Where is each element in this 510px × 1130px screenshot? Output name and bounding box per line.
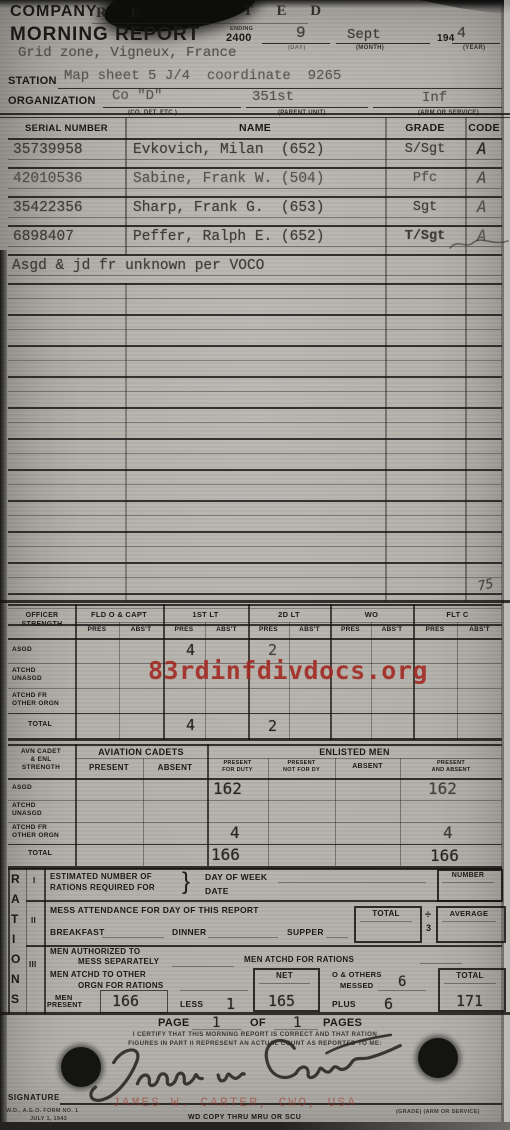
officer-stub2: STRENGTH bbox=[10, 621, 74, 628]
officer-row-atchdfr2: OTHER ORGN bbox=[12, 700, 59, 707]
roster-empty-row bbox=[8, 533, 502, 564]
rations-letter: R bbox=[11, 872, 20, 886]
rations-letter: S bbox=[11, 992, 19, 1006]
plus-value: 6 bbox=[384, 995, 393, 1013]
men-atchd-rations-label: MEN ATCHD FOR RATIONS bbox=[244, 955, 354, 964]
rations-est-line2: RATIONS REQUIRED FOR bbox=[50, 883, 155, 892]
average-box-label: AVERAGE bbox=[436, 909, 502, 918]
organization-label: ORGANIZATION bbox=[8, 95, 96, 107]
rations-letter: T bbox=[11, 912, 19, 926]
pres-abst-header: PRES bbox=[330, 626, 371, 633]
pres-abst-header: PRES bbox=[248, 626, 289, 633]
rule bbox=[8, 800, 502, 801]
supper-label: SUPPER bbox=[287, 927, 324, 937]
form-date: JULY 1, 1943 bbox=[30, 1116, 67, 1122]
rule bbox=[262, 43, 330, 44]
rule bbox=[8, 868, 502, 870]
enlisted-row-atchd: ATCHD bbox=[12, 802, 36, 809]
name-cell: Sabine, Frank W. (504) bbox=[133, 171, 324, 187]
rule bbox=[125, 118, 127, 254]
rule bbox=[75, 744, 77, 866]
officer-group-wo: WO bbox=[330, 610, 413, 619]
rule bbox=[0, 117, 510, 118]
rule bbox=[442, 921, 496, 922]
copy-routing-line: WD COPY THRU MRU OR SCU bbox=[188, 1114, 301, 1121]
station-label: STATION bbox=[8, 75, 57, 87]
enlisted-total-pfd: 166 bbox=[211, 845, 240, 864]
typed-signature-name: JAMES W. CARTER, CWO, USA bbox=[112, 1095, 357, 1110]
avn-present-col: PRESENT bbox=[75, 763, 143, 772]
enl-pnfd-col2: NOT FOR DY bbox=[268, 767, 335, 773]
org-co-value: Co "D" bbox=[112, 88, 162, 104]
rule bbox=[180, 990, 248, 991]
grade-cell: S/Sgt bbox=[388, 142, 462, 157]
roster-col-code: CODE bbox=[465, 122, 503, 134]
rule bbox=[8, 138, 502, 140]
roster-empty-row bbox=[8, 471, 502, 502]
net-box-label: NET bbox=[253, 971, 316, 980]
total-box-label: TOTAL bbox=[354, 909, 418, 918]
rule bbox=[26, 900, 502, 902]
roster-col-grade: GRADE bbox=[385, 122, 465, 134]
code-cell: A bbox=[477, 168, 487, 187]
ending-2400: 2400 bbox=[226, 32, 252, 44]
roster-empty-row bbox=[8, 502, 502, 533]
rule bbox=[8, 225, 502, 227]
enlisted-row-atchdfr: ATCHD FR bbox=[12, 824, 47, 831]
form-title: MORNING REPORT bbox=[10, 24, 200, 46]
enlisted-row-total: TOTAL bbox=[28, 850, 52, 857]
net-value: 165 bbox=[268, 992, 295, 1010]
rule bbox=[0, 600, 510, 603]
enlisted-men-group: ENLISTED MEN bbox=[207, 747, 502, 757]
rule bbox=[8, 868, 10, 1014]
rule bbox=[8, 254, 502, 256]
rule bbox=[246, 107, 368, 108]
divide-sign: ÷ bbox=[425, 909, 431, 921]
year-digit: 4 bbox=[457, 25, 466, 42]
location-line: Grid zone, Vigneux, France bbox=[18, 45, 236, 61]
rule bbox=[8, 196, 502, 198]
rule bbox=[326, 937, 348, 938]
restricted-stamp-left: R E bbox=[96, 5, 151, 22]
grade-caption: (GRADE) (ARM OR SERVICE) bbox=[396, 1109, 480, 1115]
year-caption: (YEAR) bbox=[463, 45, 485, 51]
rations-total-box-label: TOTAL bbox=[438, 971, 502, 980]
enlisted-asgd-pfd: 162 bbox=[213, 779, 242, 798]
rule bbox=[442, 882, 494, 883]
rule bbox=[26, 868, 27, 1014]
restricted-stamp-right: T E D bbox=[243, 3, 331, 20]
enlisted-asgd-pa: 162 bbox=[428, 779, 457, 798]
rule bbox=[268, 758, 269, 866]
date-label: DATE bbox=[205, 886, 229, 896]
rule bbox=[8, 744, 502, 746]
officer-group-fltc: FLT C bbox=[413, 610, 502, 619]
enlisted-stub1: AVN CADET bbox=[9, 748, 73, 755]
officer-group-2dlt: 2D LT bbox=[248, 610, 330, 619]
rule bbox=[444, 983, 496, 984]
rule bbox=[75, 604, 77, 740]
name-cell: Sharp, Frank G. (653) bbox=[133, 200, 324, 216]
enl-pfd-col2: FOR DUTY bbox=[207, 767, 268, 773]
rule bbox=[259, 983, 310, 984]
officer-row-atchd: ATCHD bbox=[12, 667, 36, 674]
rule bbox=[335, 758, 336, 866]
pres-abst-header: PRES bbox=[75, 626, 119, 633]
pres-abst-header: ABS'T bbox=[119, 626, 163, 633]
roster-empty-row bbox=[8, 285, 502, 316]
officer-row-total: TOTAL bbox=[28, 721, 52, 728]
rule bbox=[102, 937, 164, 938]
pres-abst-header: ABS'T bbox=[289, 626, 330, 633]
enl-pnfd-col: PRESENT bbox=[268, 760, 335, 766]
orgn-rations-label: ORGN FOR RATIONS bbox=[78, 981, 164, 990]
roster-empty-row bbox=[8, 409, 502, 440]
enlisted-total-pa: 166 bbox=[430, 846, 459, 865]
rule bbox=[0, 113, 510, 115]
roster-remark: Asgd & jd fr unknown per VOCO bbox=[12, 258, 264, 274]
rule bbox=[8, 638, 502, 640]
pres-abst-header: PRES bbox=[413, 626, 457, 633]
pages-label: PAGES bbox=[323, 1017, 362, 1029]
rule bbox=[457, 622, 458, 740]
station-value: Map sheet 5 J/4 coordinate 9265 bbox=[64, 68, 341, 84]
rule bbox=[143, 758, 144, 866]
messed-value: 6 bbox=[398, 974, 406, 990]
month-caption: (MONTH) bbox=[356, 45, 384, 51]
rule bbox=[8, 275, 502, 276]
grade-cell: Sgt bbox=[388, 200, 462, 215]
rule bbox=[103, 107, 241, 108]
pencil-scrawl bbox=[448, 234, 510, 254]
rule bbox=[8, 159, 502, 160]
rations-letter: I bbox=[12, 932, 16, 946]
enlisted-atchd-other-pfd: 4 bbox=[230, 823, 240, 842]
roster-empty-row bbox=[8, 316, 502, 347]
roster-empty-row bbox=[8, 347, 502, 378]
men-atchd-other-label: MEN ATCHD TO OTHER bbox=[50, 970, 146, 979]
signature-label: SIGNATURE bbox=[8, 1093, 60, 1102]
rule bbox=[378, 990, 426, 991]
divide-by: 3 bbox=[426, 923, 431, 933]
men-present-value: 166 bbox=[112, 992, 139, 1010]
rations-sec2-numeral: II bbox=[31, 916, 36, 925]
rule bbox=[207, 744, 209, 866]
roster-col-serial: SERIAL NUMBER bbox=[8, 123, 125, 134]
rule bbox=[8, 188, 502, 189]
men-label: MEN bbox=[55, 993, 73, 1002]
rule bbox=[208, 937, 278, 938]
messed-label: MESSED bbox=[340, 981, 373, 990]
enl-pa-col2: AND ABSENT bbox=[400, 767, 502, 773]
enl-absent-col: ABSENT bbox=[335, 763, 400, 770]
officer-row-asgd: ASGD bbox=[12, 646, 32, 653]
enl-pfd-col: PRESENT bbox=[207, 760, 268, 766]
company-label: COMPANY bbox=[10, 3, 98, 21]
present-label: PRESENT bbox=[47, 1002, 82, 1009]
rations-letter: N bbox=[11, 972, 20, 986]
form-number: W.D., A.G.O. FORM NO. 1 bbox=[6, 1108, 78, 1114]
mess-attendance-label: MESS ATTENDANCE FOR DAY OF THIS REPORT bbox=[50, 905, 259, 915]
rule bbox=[172, 966, 234, 967]
punch-hole-right bbox=[418, 1038, 458, 1078]
roster-empty-row bbox=[8, 440, 502, 471]
serial-cell: 6898407 bbox=[13, 229, 74, 245]
rations-sec1-numeral: I bbox=[33, 876, 36, 885]
rule bbox=[75, 758, 502, 759]
roster-margin-note: 75 bbox=[477, 577, 495, 595]
rations-brace: } bbox=[182, 868, 190, 896]
pres-abst-header: ABS'T bbox=[457, 626, 502, 633]
avn-absent-col: ABSENT bbox=[143, 763, 207, 772]
watermark: 83rdinfdivdocs.org bbox=[148, 656, 428, 685]
officer-row-atchd2: UNASGD bbox=[12, 675, 42, 682]
mess-separately-label: MESS SEPARATELY bbox=[78, 957, 159, 966]
rule bbox=[8, 167, 502, 169]
org-arm-value: Inf bbox=[422, 90, 447, 106]
rations-letter: O bbox=[11, 952, 21, 966]
roster-col-name: NAME bbox=[125, 122, 385, 134]
roster-empty-row bbox=[8, 564, 502, 595]
rule bbox=[8, 713, 502, 714]
name-cell: Evkovich, Milan (652) bbox=[133, 142, 324, 158]
plus-label: PLUS bbox=[332, 999, 356, 1009]
less-label: LESS bbox=[180, 999, 203, 1009]
avn-cadets-group: AVIATION CADETS bbox=[75, 747, 207, 757]
code-cell: A bbox=[477, 139, 487, 158]
rations-total-value: 171 bbox=[456, 992, 483, 1010]
officer-row-atchdfr: ATCHD FR bbox=[12, 692, 47, 699]
month-value: Sept bbox=[347, 27, 381, 43]
name-cell: Peffer, Ralph E. (652) bbox=[133, 229, 324, 245]
rule bbox=[420, 963, 462, 964]
men-authorized-label: MEN AUTHORIZED TO bbox=[50, 947, 140, 956]
rule bbox=[8, 844, 502, 845]
rule bbox=[8, 217, 502, 218]
roster-empty-rows bbox=[8, 285, 502, 626]
enlisted-row-asgd: ASGD bbox=[12, 784, 32, 791]
enl-pa-col: PRESENT bbox=[400, 760, 502, 766]
rations-letter: A bbox=[11, 892, 20, 906]
number-box-label: NUMBER bbox=[437, 872, 499, 879]
scan-edge-bottom bbox=[0, 1122, 510, 1130]
org-parent-value: 351st bbox=[252, 89, 294, 105]
rule bbox=[44, 868, 46, 1014]
rule bbox=[8, 738, 502, 741]
serial-cell: 35422356 bbox=[13, 200, 83, 216]
pres-abst-header: ABS'T bbox=[371, 626, 413, 633]
dinner-label: DINNER bbox=[172, 927, 206, 937]
code-cell: A bbox=[477, 197, 487, 216]
day-caption: (DAY) bbox=[288, 45, 306, 51]
o-others-label: O & OTHERS bbox=[332, 970, 382, 979]
of-label: OF bbox=[250, 1017, 266, 1029]
rations-est-line1: ESTIMATED NUMBER OF bbox=[50, 872, 152, 881]
rule bbox=[336, 43, 430, 44]
serial-cell: 42010536 bbox=[13, 171, 83, 187]
pres-abst-header: ABS'T bbox=[205, 626, 248, 633]
grade-cell: Pfc bbox=[388, 171, 462, 186]
rule bbox=[278, 882, 426, 883]
enlisted-row-atchd2: UNASGD bbox=[12, 810, 42, 817]
rule bbox=[274, 1029, 318, 1030]
officer-group-fldo: FLD O & CAPT bbox=[75, 610, 163, 619]
officer-group-1stlt: 1ST LT bbox=[163, 610, 248, 619]
rule bbox=[0, 1012, 510, 1015]
roster-empty-row bbox=[8, 378, 502, 409]
day-of-week-label: DAY OF WEEK bbox=[205, 872, 267, 882]
scan-edge-right bbox=[504, 0, 510, 1130]
rule bbox=[360, 921, 412, 922]
rations-sec3-numeral: III bbox=[29, 960, 37, 969]
enlisted-atchd-other-pa: 4 bbox=[443, 823, 453, 842]
enlisted-stub3: STRENGTH bbox=[9, 764, 73, 771]
enlisted-stub2: & ENL bbox=[9, 756, 73, 763]
rule bbox=[8, 822, 502, 823]
rule bbox=[400, 758, 401, 866]
serial-cell: 35739958 bbox=[13, 142, 83, 158]
rule bbox=[8, 246, 502, 247]
rule bbox=[8, 688, 502, 689]
breakfast-label: BREAKFAST bbox=[50, 927, 105, 937]
pres-abst-header: PRES bbox=[163, 626, 205, 633]
rule bbox=[452, 43, 500, 44]
rule bbox=[119, 622, 120, 740]
morning-report-scan: COMPANY R E T E D MORNING REPORT ENDING … bbox=[0, 0, 510, 1130]
officer-total-2dlt-pres: 2 bbox=[268, 717, 277, 735]
enlisted-row-atchdfr2: OTHER ORGN bbox=[12, 832, 59, 839]
day-value: 9 bbox=[296, 24, 306, 42]
rule bbox=[373, 107, 502, 108]
rule bbox=[192, 1029, 242, 1030]
officer-total-1stlt-pres: 4 bbox=[186, 716, 195, 734]
rule bbox=[8, 604, 502, 606]
less-value: 1 bbox=[226, 995, 235, 1013]
page-label: PAGE bbox=[158, 1017, 190, 1029]
officer-stub: OFFICER bbox=[10, 612, 74, 619]
scan-edge-left bbox=[0, 250, 7, 1130]
